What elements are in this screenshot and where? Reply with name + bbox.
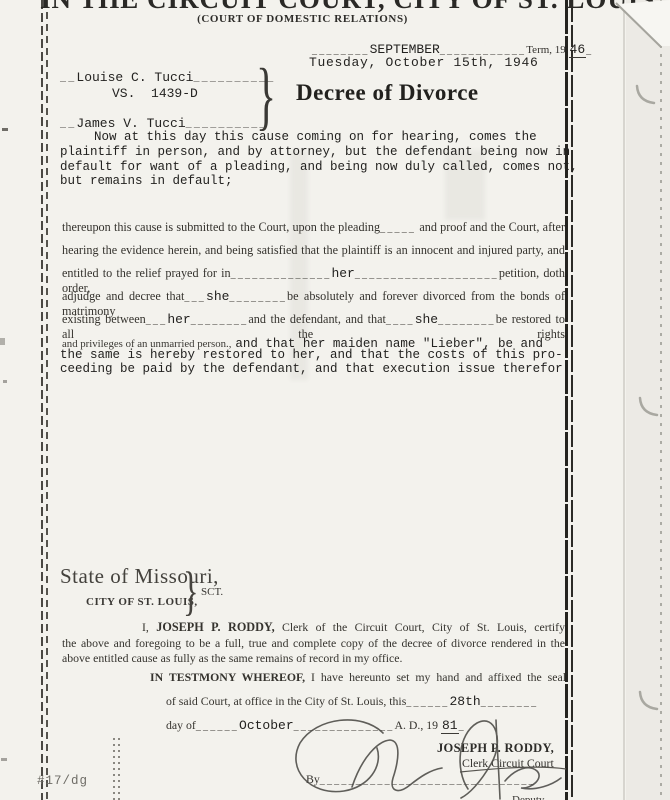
fill-year: 81 [441, 718, 459, 734]
court-subheader: (COURT OF DOMESTIC RELATIONS) [40, 13, 565, 25]
form-text: entitled to the relief prayed for in [62, 266, 231, 280]
right-border-inner [571, 0, 573, 800]
plaintiff-name: Louise C. Tucci [76, 70, 193, 85]
underpage-edge-dots [118, 738, 120, 800]
scan-edge-mark [3, 380, 7, 383]
testimony-line-1: IN TESTMONY WHEREOF, I have hereunto set… [150, 670, 566, 685]
fill-day: 28th [450, 694, 481, 709]
testimony-text: day of [166, 718, 196, 732]
docket-code: #17/dg [37, 774, 88, 788]
opening-paragraph: Now at this day this cause coming on for… [60, 130, 566, 189]
vs-label: VS. [112, 86, 135, 101]
cert-text: Clerk of the Circuit Court, City of St. … [282, 620, 565, 634]
cert-text: I, [142, 620, 149, 634]
by-label: By [306, 772, 320, 786]
scan-edge-mark [1, 758, 7, 761]
leader-dashes: ________ [191, 315, 249, 326]
form-line-2: hearing the evidence herein, and being s… [62, 243, 565, 258]
certification-line-3: above entitled cause as fully as the sam… [62, 651, 565, 666]
leader-dashes: ________ [438, 315, 496, 326]
clerk-title: Clerk Circuit Court [462, 756, 554, 771]
testimony-line-3: day of______October______________A. D., … [166, 718, 466, 733]
plaintiff-name-line: __Louise C. Tucci__________ [60, 70, 275, 85]
deputy-label: Deputy [512, 794, 544, 800]
scan-edge-mark [2, 128, 8, 131]
certification-line-1: I, JOSEPH P. RODDY, Clerk of the Circuit… [62, 620, 565, 635]
hearing-date: Tuesday, October 15th, 1946 [309, 55, 539, 70]
leader-dashes: ______________________________ [320, 775, 536, 786]
testimony-line-2: of said Court, at office in the City of … [166, 694, 538, 709]
form-text: and proof and the Court, after [419, 220, 565, 234]
typed-insert-line: the same is hereby restored to her, and … [60, 348, 563, 362]
leader-dashes: ______ [406, 697, 449, 708]
leader-dashes: __ [60, 74, 76, 85]
scanner-margin-strip [626, 0, 670, 800]
fill-she: she [415, 312, 438, 327]
clerk-name: JOSEPH P. RODDY, [156, 620, 274, 634]
term-year: 46 [569, 42, 587, 58]
form-text: thereupon this cause is submitted to the… [62, 220, 380, 234]
leader-dashes: ___ [184, 292, 206, 303]
certification-line-2: the above and foregoing to be a full, tr… [62, 636, 565, 651]
fill-she: she [206, 289, 229, 304]
leader-dashes: ________ [481, 697, 539, 708]
left-border-inner [46, 0, 48, 800]
leader-dashes: ____________________ [355, 269, 499, 280]
opening-line: plaintiff in person, and by attorney, bu… [60, 145, 566, 160]
venue-brace: } [183, 566, 199, 616]
scanned-decree-document: IN THE CIRCUIT COURT, CITY OF ST. LOUIS … [0, 0, 670, 800]
form-text: hearing the evidence herein, and being s… [62, 243, 565, 257]
fill-her: her [331, 266, 354, 281]
vs-line: VS. 1439-D [112, 86, 198, 101]
testimony-text: of said Court, at office in the City of … [166, 694, 406, 708]
scan-edge-mark [0, 338, 5, 345]
defendant-name-line: __James V. Tucci__________ [60, 116, 268, 131]
underpage-edge-dots [113, 738, 115, 800]
leader-dashes: ______ [196, 721, 239, 732]
venue-city: CITY OF ST. LOUIS, [86, 596, 198, 608]
decree-title: Decree of Divorce [296, 80, 479, 106]
testimony-lead: IN TESTMONY WHEREOF, [150, 670, 305, 684]
fill-month: October [239, 718, 294, 733]
fill-her: her [167, 312, 190, 327]
opening-line: default for want of a pleading, and bein… [60, 160, 566, 175]
testimony-text: A. D., 19 [394, 718, 438, 732]
leader-dashes: _ [459, 721, 466, 732]
form-line-1: thereupon this cause is submitted to the… [62, 220, 565, 235]
case-number: 1439-D [151, 86, 198, 101]
leader-dashes: ______________ [231, 269, 332, 280]
page-edge-line [623, 0, 625, 800]
venue-sct-label: SCT. [201, 586, 223, 598]
form-text: and the defendant, and that [248, 312, 386, 326]
leader-dashes: _ [586, 45, 593, 56]
opening-line: Now at this day this cause coming on for… [60, 130, 566, 145]
clerk-name-signature-block: JOSEPH P. RODDY, [437, 741, 554, 756]
leader-dashes: ________ [229, 292, 287, 303]
form-text: existing between [62, 312, 146, 326]
leader-dashes: ___ [146, 315, 168, 326]
testimony-text: I have hereunto set my hand and affixed … [311, 670, 566, 684]
typed-insert-line: ceeding be paid by the defendant, and th… [60, 362, 570, 376]
form-text: adjudge and decree that [62, 289, 184, 303]
leader-dashes: _____ [380, 223, 416, 234]
leader-dashes: ____ [386, 315, 415, 326]
left-border-outer [41, 0, 43, 800]
leader-dashes: ______________ [294, 721, 395, 732]
opening-line: but remains in default; [60, 174, 566, 189]
by-line: By______________________________ [306, 772, 536, 787]
defendant-name: James V. Tucci [76, 116, 185, 131]
perforation-dots [660, 0, 662, 800]
